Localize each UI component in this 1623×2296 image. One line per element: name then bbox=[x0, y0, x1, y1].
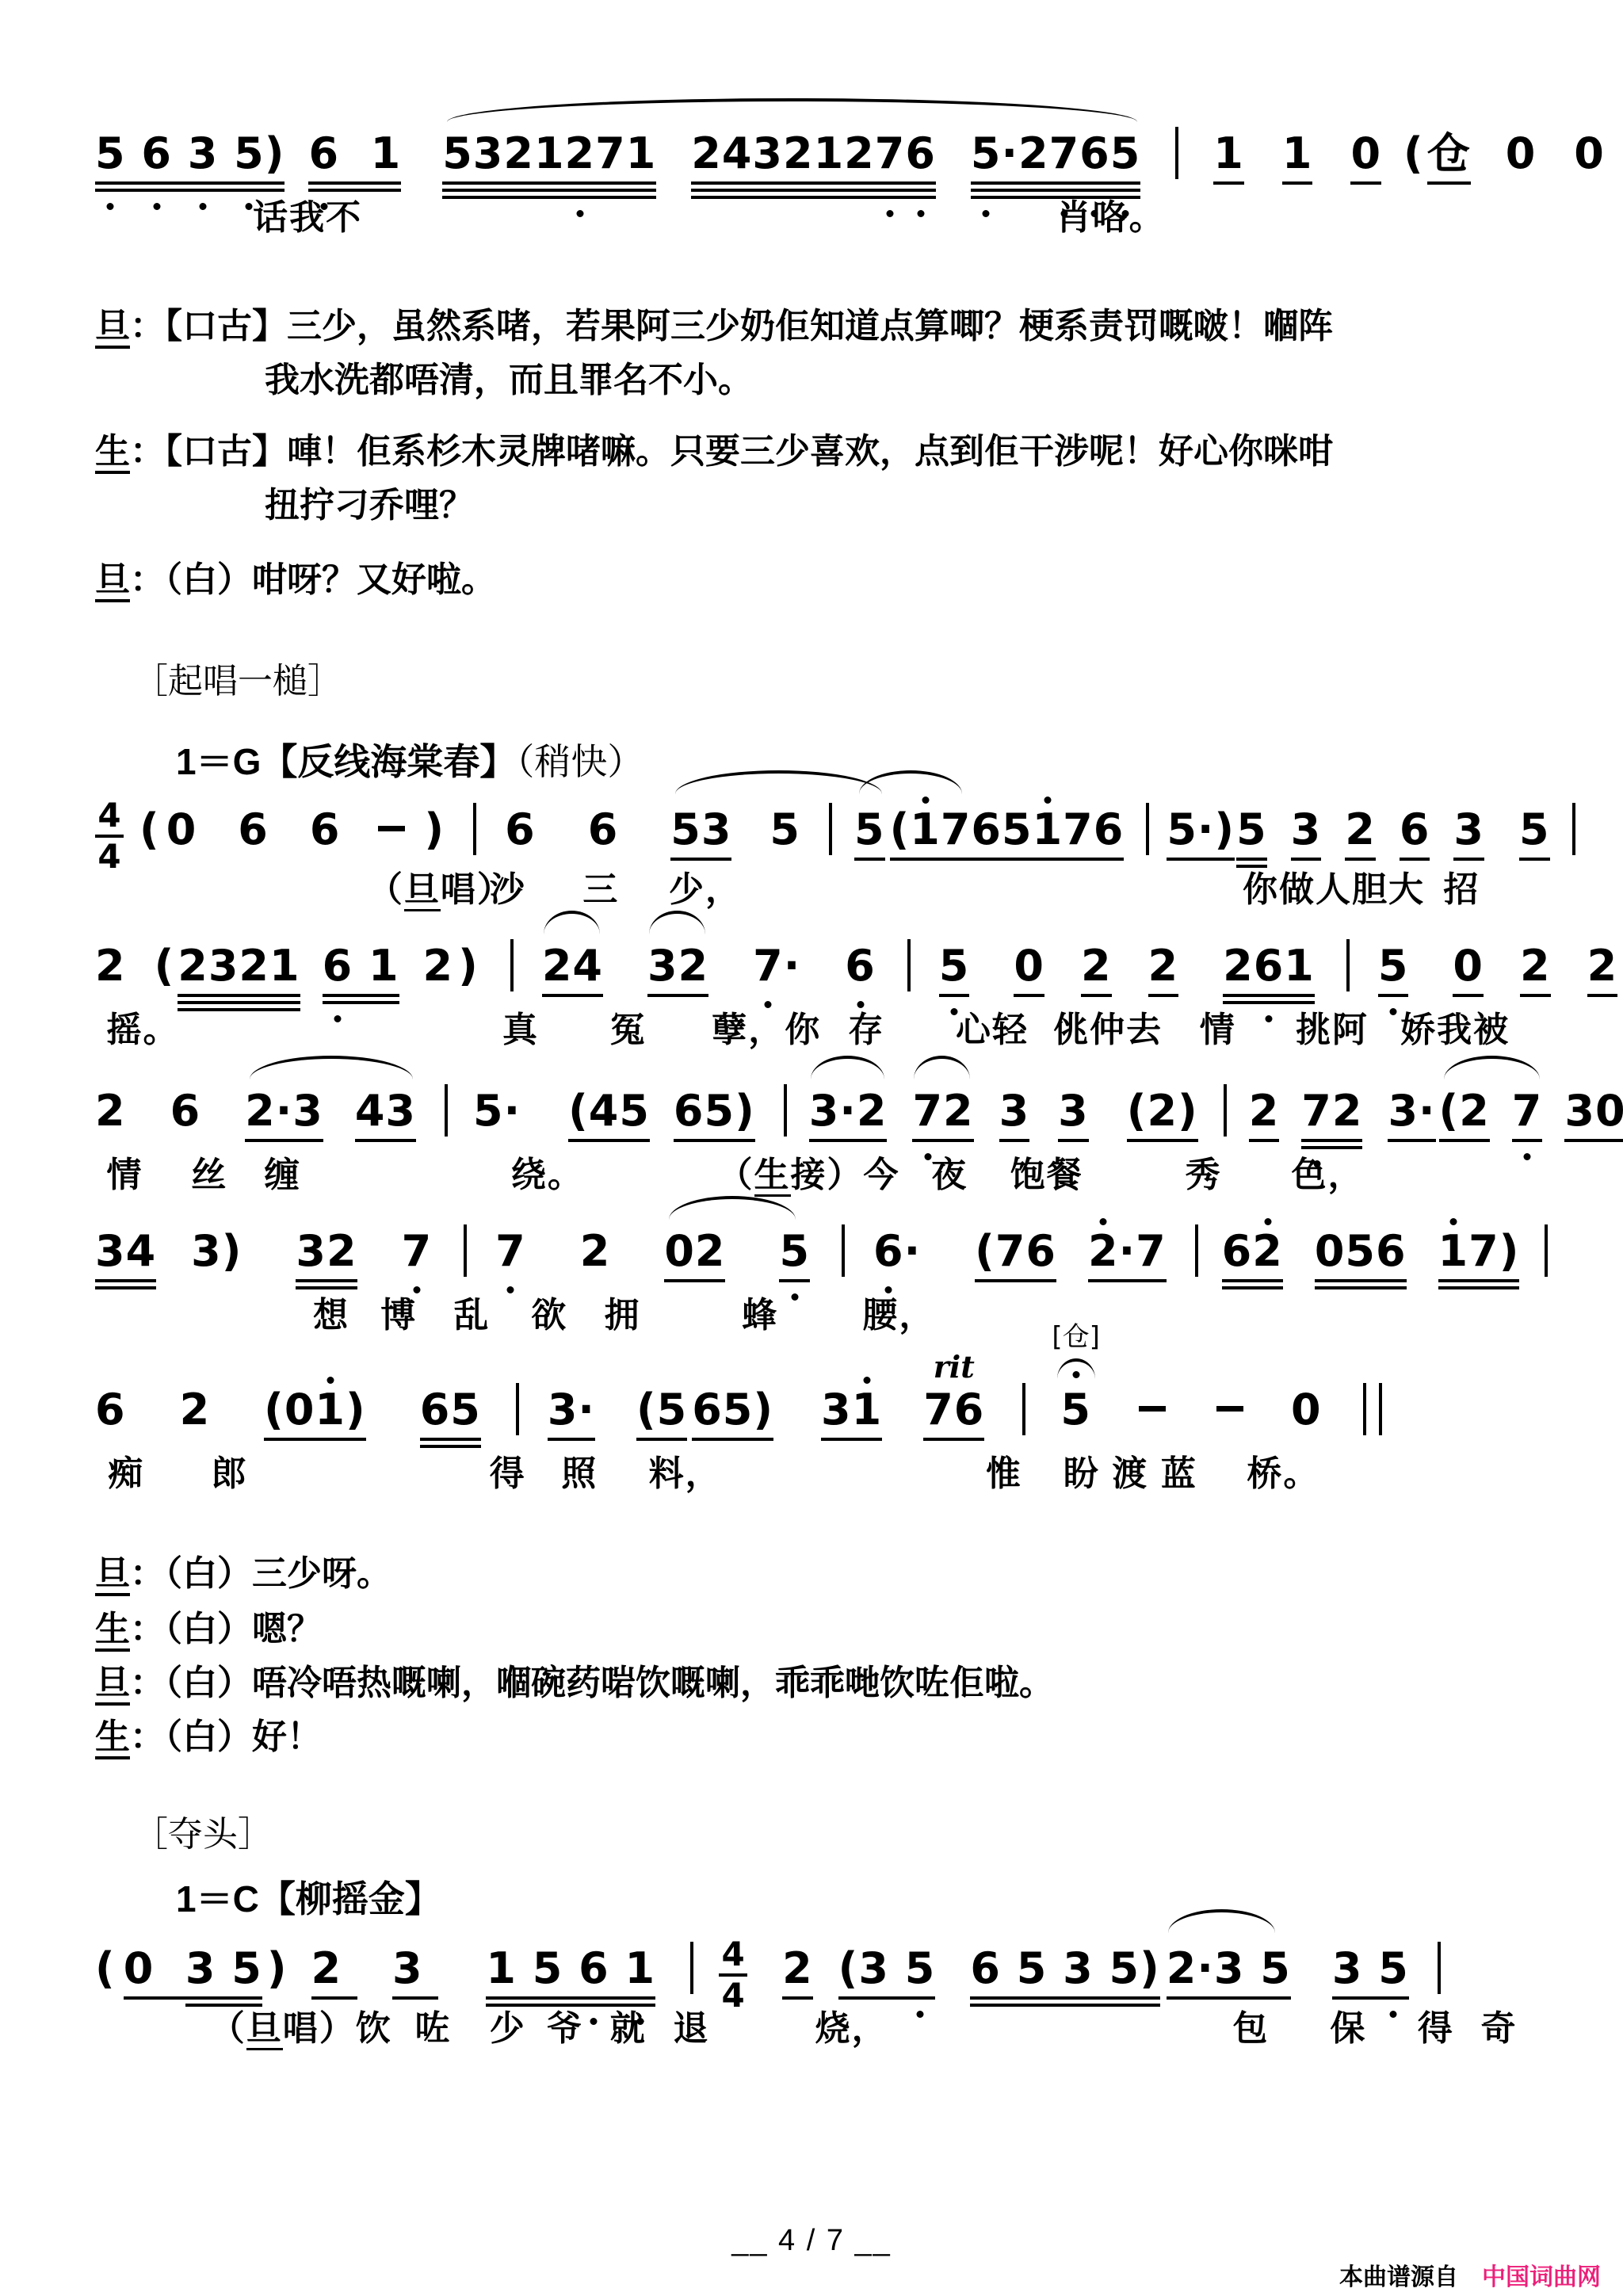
duration-underline bbox=[1438, 1279, 1520, 1282]
note-group: 0 bbox=[166, 808, 197, 851]
note-group: 65 bbox=[420, 1389, 481, 1431]
speaker-char: 生 bbox=[95, 432, 130, 474]
dialog-text: 咁呀？又好啦。 bbox=[252, 560, 496, 599]
note-group: 5·2765 bbox=[971, 132, 1140, 175]
note-group: 3 bbox=[1453, 808, 1484, 851]
lyric-text: 心轻 bbox=[956, 1001, 1029, 1052]
duration-underline bbox=[1512, 1139, 1543, 1142]
note-group: 6 bbox=[505, 808, 536, 851]
duration-underline bbox=[975, 1279, 1056, 1282]
lyric-text: 郎 bbox=[212, 1445, 248, 1496]
lyric-text: 拥 bbox=[605, 1286, 641, 1337]
duration-underline bbox=[1058, 1139, 1089, 1142]
note-group: 3 5 bbox=[185, 1947, 262, 1990]
note-group: 5·) bbox=[1167, 808, 1235, 851]
note-group: 62 bbox=[1222, 1230, 1283, 1273]
note-group: 2 bbox=[1587, 945, 1618, 988]
note-group: 2 bbox=[95, 945, 126, 988]
note-group: 5 bbox=[769, 808, 800, 851]
note-group: ) bbox=[458, 945, 479, 988]
lyric-text: 蜂 bbox=[742, 1286, 778, 1337]
lyric-text: 欲 bbox=[531, 1286, 567, 1337]
note-group: 2 bbox=[1345, 808, 1376, 851]
speaker-label: 生： bbox=[95, 1610, 165, 1652]
note-group: 5[仓] bbox=[1060, 1389, 1091, 1431]
slur bbox=[1168, 1909, 1275, 1933]
notes-row: 62(01)653·(565)3176rit5[仓]0 bbox=[95, 1383, 1529, 1429]
duration-underline bbox=[1081, 994, 1112, 997]
note-group: 76rit bbox=[923, 1389, 984, 1431]
note-group: 5 bbox=[1519, 808, 1550, 851]
dialog-text: 好！ bbox=[252, 1717, 322, 1756]
slur bbox=[859, 770, 962, 794]
duration-underline bbox=[1350, 181, 1381, 185]
section-mark-qichang-yichui: ［起唱一槌］ bbox=[133, 652, 342, 703]
delivery-tag: （白） bbox=[165, 1554, 252, 1593]
dialog-text: 嗯？ bbox=[252, 1610, 322, 1648]
barline bbox=[690, 1942, 693, 1994]
note-group: (5 bbox=[636, 1389, 687, 1431]
note-group: 2 bbox=[95, 1090, 126, 1133]
note-group: 5· bbox=[473, 1090, 521, 1133]
speaker-char: 生 bbox=[95, 1717, 130, 1759]
note-group: 7 bbox=[1512, 1090, 1543, 1133]
note-group: 3·2 bbox=[809, 1090, 888, 1133]
octave-dot-high bbox=[922, 797, 929, 804]
duration-underline bbox=[912, 1139, 973, 1142]
lyric-text: 招 bbox=[1443, 861, 1480, 911]
note-group: 3 bbox=[1058, 1090, 1089, 1133]
note-group: 6 bbox=[310, 808, 341, 851]
duration-underline bbox=[1520, 994, 1551, 997]
duration-underline bbox=[323, 994, 399, 997]
note-group: 2 bbox=[311, 1947, 357, 1990]
notes-row: (0 3 5)2 3 1 5 6 1442(3 56 5 3 5)2·3 53 … bbox=[95, 1938, 1529, 1984]
note-group: ( bbox=[1403, 132, 1424, 175]
note-group bbox=[1136, 1389, 1169, 1431]
slur bbox=[811, 1056, 884, 1079]
octave-dot-high bbox=[1449, 1218, 1457, 1225]
watermark-prefix: 本曲谱源自 bbox=[1339, 2264, 1458, 2290]
barline bbox=[464, 1224, 467, 1277]
duration-underline bbox=[1453, 994, 1484, 997]
note-group: 31 bbox=[821, 1389, 882, 1431]
speaker-label: 生： bbox=[95, 1717, 165, 1759]
octave-dot-high bbox=[1100, 1218, 1107, 1225]
duration-underline bbox=[1587, 994, 1618, 997]
final-barline bbox=[1363, 1383, 1382, 1435]
rit-marking: rit bbox=[934, 1352, 975, 1382]
note-group: (45 bbox=[568, 1090, 650, 1133]
section-mark-duotou: ［夺头］ bbox=[133, 1805, 273, 1856]
note-group: 0 bbox=[124, 1947, 185, 1990]
duration-underline bbox=[95, 181, 285, 185]
duration-underline bbox=[674, 1139, 755, 1142]
tune-name: 【柳摇金】 bbox=[259, 1878, 441, 1920]
note-group: ( bbox=[139, 808, 160, 851]
dialog-sheng-bai-2: 生：（白）嗯？ bbox=[95, 1603, 1529, 1656]
duration-underline bbox=[692, 1438, 773, 1441]
duration-underline bbox=[636, 1438, 687, 1441]
slur bbox=[250, 1056, 413, 1079]
lyric-text: 蓝 bbox=[1161, 1445, 1197, 1496]
duration-underline bbox=[1282, 181, 1313, 185]
delivery-tag: 【口古】 bbox=[165, 307, 287, 346]
tempo-marking: （稍快） bbox=[516, 741, 643, 782]
speaker-char: 旦 bbox=[95, 560, 130, 602]
duration-underline bbox=[821, 1438, 882, 1441]
octave-dot-high bbox=[1044, 797, 1051, 804]
lyric-text: 肖咯。 bbox=[1056, 189, 1166, 239]
note-group: ( bbox=[155, 945, 175, 988]
note-group: 2 bbox=[782, 1947, 813, 1990]
slur bbox=[675, 770, 882, 794]
duration-underline bbox=[1315, 1279, 1407, 1282]
key-value: 1＝C bbox=[176, 1878, 259, 1920]
note-group: 34 bbox=[95, 1230, 156, 1273]
note-group: 0 bbox=[1350, 132, 1381, 175]
slur bbox=[1444, 1056, 1540, 1079]
note-group: 3· bbox=[548, 1389, 595, 1431]
note-group: 6 bbox=[170, 1090, 201, 1133]
lyric-text: 乱 bbox=[454, 1286, 491, 1337]
note-group: 2 bbox=[180, 1389, 211, 1431]
note-group: 6 bbox=[95, 1389, 126, 1431]
note-group: 3· bbox=[1388, 1090, 1435, 1133]
slur bbox=[649, 911, 705, 934]
music-line-continuation: 5 6 3 5)6 15321271243212765·2765110(仓000… bbox=[95, 127, 1529, 230]
barline bbox=[1545, 1224, 1548, 1277]
barline bbox=[1195, 1224, 1198, 1277]
lyric-text: 话我不 bbox=[253, 189, 362, 239]
dialog-text: 唓！佢系杉木灵牌啫嘛。只要三少喜欢，点到佢干涉呢！好心你咪咁 扭拧刁乔哩？ bbox=[265, 432, 1333, 525]
lyric-text: 冤 bbox=[610, 1001, 647, 1052]
lyric-text: 饱餐 bbox=[1010, 1146, 1083, 1197]
note-group: 1 bbox=[1213, 132, 1244, 175]
note-group: 7 bbox=[402, 1230, 433, 1273]
note-group: 7· bbox=[753, 945, 800, 988]
note-group: 72 bbox=[1301, 1090, 1362, 1133]
note-group: 43 bbox=[355, 1090, 416, 1133]
note-group: 6· bbox=[873, 1230, 921, 1273]
note-group: 2·7 bbox=[1088, 1230, 1167, 1273]
barline bbox=[784, 1084, 787, 1137]
lyric-text: 退 bbox=[673, 2000, 709, 2050]
duration-underline bbox=[245, 1139, 323, 1142]
page-number: __ 4 / 7 __ bbox=[0, 2224, 1623, 2258]
duration-underline bbox=[779, 1279, 810, 1282]
speaker-label: 旦： bbox=[95, 1664, 165, 1706]
note-group bbox=[1213, 1389, 1247, 1431]
duration-dash bbox=[1139, 1406, 1166, 1412]
note-group: 302 bbox=[1564, 1090, 1623, 1133]
duration-underline bbox=[442, 181, 656, 185]
note-group: 2 bbox=[423, 945, 454, 988]
note-group: 0 bbox=[1453, 945, 1484, 988]
notes-row: 262·3435·(4565)3·27233(2)2723·(27302 bbox=[95, 1084, 1529, 1130]
dialog-text: 唔冷唔热嘅喇，嗰碗药啱饮嘅喇，乖乖哋饮咗佢啦。 bbox=[252, 1664, 1054, 1702]
duration-dash bbox=[1216, 1406, 1243, 1412]
delivery-tag: （白） bbox=[165, 1717, 252, 1756]
note-group: 5 bbox=[779, 1230, 810, 1273]
note-group: 5 bbox=[1236, 808, 1267, 851]
duration-underline bbox=[1223, 994, 1315, 997]
music-line-5: 62(01)653·(565)3176rit5[仓]0痴郎得照料，惟盼渡蓝桥。 bbox=[95, 1383, 1529, 1486]
music-line-2: 2(23216 12)24327·650222615022253摇。真冤孽，你存… bbox=[95, 939, 1529, 1042]
duration-underline bbox=[178, 994, 300, 997]
lyric-text: 腰， bbox=[862, 1286, 935, 1337]
watermark-brand: 中国词曲网 bbox=[1482, 2264, 1601, 2290]
lyric-text: 博 bbox=[380, 1286, 417, 1337]
note-group: 72 bbox=[912, 1090, 973, 1133]
lyric-text: 真 bbox=[502, 1001, 539, 1052]
lyric-text: 得 bbox=[1418, 2000, 1454, 2050]
duration-underline bbox=[1564, 1139, 1623, 1142]
lyric-text: 摇。 bbox=[106, 1001, 179, 1052]
speaker-char: 旦 bbox=[95, 307, 130, 349]
duration-underline bbox=[999, 1139, 1030, 1142]
lyrics-row: 摇。真冤孽，你存心轻佻仲去情挑阿娇我被 bbox=[95, 1001, 1529, 1042]
octave-dot-high bbox=[1264, 1218, 1271, 1225]
duration-underline bbox=[809, 1139, 888, 1142]
note-group: 6 1 bbox=[308, 132, 401, 175]
music-line-4: 343)327720256·(762·76205617)想博乱欲拥蜂腰， bbox=[95, 1224, 1529, 1328]
note-group: 2·3 5 bbox=[1167, 1947, 1291, 1990]
note-group: 2 bbox=[1249, 1090, 1280, 1133]
lyric-text: （生接）今 bbox=[718, 1146, 900, 1197]
lyric-text: 盼 bbox=[1064, 1445, 1100, 1496]
speaker-char: 旦 bbox=[95, 1664, 130, 1706]
barline bbox=[1224, 1084, 1227, 1137]
note-group: 5 bbox=[854, 808, 885, 851]
duration-underline bbox=[296, 1279, 357, 1282]
duration-underline bbox=[647, 994, 708, 997]
note-group: ) bbox=[424, 808, 445, 851]
duration-underline bbox=[308, 181, 401, 185]
fermata-dot bbox=[1072, 1371, 1079, 1378]
lyrics-row: 话我不肖咯。 bbox=[95, 189, 1529, 230]
note-group: 32 bbox=[296, 1230, 357, 1273]
lyric-text: 少 bbox=[490, 2000, 526, 2050]
duration-underline bbox=[1378, 994, 1409, 997]
note-group: 5321271 bbox=[442, 132, 656, 175]
note-group: (01) bbox=[264, 1389, 366, 1431]
note-group: 7 bbox=[495, 1230, 526, 1273]
octave-dot-high bbox=[327, 1377, 334, 1384]
note-group: 1 5 6 1 bbox=[486, 1947, 655, 1990]
note-group: 5 bbox=[1378, 945, 1409, 988]
notes-row: 5 6 3 5)6 15321271243212765·2765110(仓000… bbox=[95, 127, 1529, 173]
dialog-sheng-bai-3: 生：（白）好！ bbox=[95, 1710, 1529, 1764]
note-group: 0 bbox=[1506, 132, 1537, 175]
lyric-text: 包 bbox=[1232, 2000, 1269, 2050]
lyric-text: 你做人胆大 bbox=[1243, 861, 1425, 911]
note-group: 6 1 bbox=[323, 945, 399, 988]
duration-underline bbox=[691, 181, 936, 185]
note-group bbox=[375, 808, 408, 851]
duration-dash bbox=[378, 826, 405, 831]
lyric-text: 爷 bbox=[547, 2000, 583, 2050]
note-group: 2 bbox=[1081, 945, 1112, 988]
note-group: 02 bbox=[664, 1230, 725, 1273]
note-group: 2·3 bbox=[245, 1090, 323, 1133]
lyric-text: 保 bbox=[1330, 2000, 1366, 2050]
duration-underline bbox=[1213, 181, 1244, 185]
barline bbox=[1175, 127, 1178, 179]
note-group: 3 5 bbox=[1332, 1947, 1409, 1990]
duration-underline bbox=[923, 1438, 984, 1441]
lyric-text: 少， bbox=[669, 861, 742, 911]
barline bbox=[907, 939, 911, 991]
duration-underline bbox=[355, 1139, 416, 1142]
delivery-tag: （白） bbox=[165, 1610, 252, 1648]
duration-underline bbox=[264, 1438, 366, 1441]
duration-underline bbox=[939, 994, 970, 997]
lyric-text: 渡 bbox=[1112, 1445, 1148, 1496]
duration-underline bbox=[1439, 1139, 1490, 1142]
duration-underline bbox=[1148, 994, 1179, 997]
note-group: ( bbox=[95, 1947, 116, 1990]
music-line-3: 262·3435·(4565)3·27233(2)2723·(27302情丝缠绕… bbox=[95, 1084, 1529, 1187]
duration-underline bbox=[542, 994, 603, 997]
note-group: (2 bbox=[1439, 1090, 1490, 1133]
duration-underline bbox=[1127, 1139, 1198, 1142]
lyric-text: （旦唱）饮 bbox=[210, 2000, 392, 2050]
lyric-text: 佻仲去 bbox=[1053, 1001, 1163, 1052]
note-group: 3) bbox=[191, 1230, 242, 1273]
duration-underline bbox=[971, 181, 1140, 185]
dialog-sheng-kougu: 生：【口古】唓！佢系杉木灵牌啫嘛。只要三少喜欢，点到佢干涉呢！好心你咪咁 扭拧刁… bbox=[95, 425, 1529, 533]
delivery-tag: （白） bbox=[165, 560, 252, 599]
note-group: ) bbox=[267, 1947, 288, 1990]
lyric-text: 桥。 bbox=[1247, 1445, 1319, 1496]
note-group: 24 bbox=[542, 945, 603, 988]
lyrics-row: 痴郎得照料，惟盼渡蓝桥。 bbox=[95, 1445, 1529, 1486]
note-group: 5 bbox=[939, 945, 970, 988]
note-group: 6 5 3 5) bbox=[970, 1947, 1159, 1990]
lyric-text: 情 bbox=[106, 1146, 143, 1197]
note-group: 3 bbox=[1291, 808, 1322, 851]
lyrics-row: （旦唱）沙三少，你做人胆大招 bbox=[95, 861, 1529, 902]
note-group: (2) bbox=[1127, 1090, 1198, 1133]
lyric-text: 娇我被 bbox=[1400, 1001, 1510, 1052]
lyrics-row: 情丝缠绕。（生接）今夜饱餐秀色， bbox=[95, 1146, 1529, 1187]
lyric-text: 照 bbox=[561, 1445, 598, 1496]
notes-row: 2(23216 12)24327·650222615022253 bbox=[95, 939, 1529, 985]
note-group: 0 bbox=[1014, 945, 1044, 988]
duration-underline bbox=[420, 1438, 481, 1441]
tune-name: 【反线海棠春】 bbox=[261, 741, 516, 782]
lyric-text: 夜 bbox=[931, 1146, 968, 1197]
note-group: 6 bbox=[238, 808, 269, 851]
speaker-label: 旦： bbox=[95, 1554, 165, 1596]
note-group: 6 bbox=[1400, 808, 1430, 851]
lyric-text: 孽，你 bbox=[712, 1001, 821, 1052]
speaker-char: 生 bbox=[95, 1610, 130, 1652]
note-group: 0 bbox=[1291, 1389, 1322, 1431]
note-group: 261 bbox=[1223, 945, 1315, 988]
duration-underline bbox=[1301, 1139, 1362, 1142]
dialog-dan-kougu: 旦：【口古】三少，虽然系啫，若果阿三少奶佢知道点算唧？梗系责罚嘅啵！嗰阵 我水洗… bbox=[95, 300, 1529, 407]
lyric-text: 色， bbox=[1292, 1146, 1365, 1197]
lyric-text: 秀 bbox=[1186, 1146, 1222, 1197]
lyric-text: 奇 bbox=[1480, 2000, 1517, 2050]
barline bbox=[473, 803, 476, 855]
duration-underline bbox=[1014, 994, 1044, 997]
note-group: 056 bbox=[1315, 1230, 1407, 1273]
note-group: (3 5 bbox=[838, 1947, 936, 1990]
duration-underline bbox=[95, 1279, 156, 1282]
duration-underline bbox=[664, 1279, 725, 1282]
note-group: (1765176 bbox=[890, 808, 1125, 851]
note-group: 2 bbox=[1148, 945, 1179, 988]
delivery-tag: （白） bbox=[165, 1664, 252, 1702]
notes-row: 343)327720256·(762·76205617) bbox=[95, 1224, 1529, 1270]
speaker-label: 旦： bbox=[95, 560, 165, 602]
note-group: 6 bbox=[588, 808, 619, 851]
note-group: 6 bbox=[845, 945, 876, 988]
lyrics-row: （旦唱）饮咗少爷就退烧，包保得奇 bbox=[95, 2000, 1529, 2041]
lyric-text: 丝 bbox=[191, 1146, 227, 1197]
key-signature-line-2: 1＝C【柳摇金】 bbox=[176, 1870, 441, 1923]
speaker-label: 生： bbox=[95, 432, 165, 474]
lyric-text: 痴 bbox=[108, 1445, 144, 1496]
note-group: 2 bbox=[580, 1230, 611, 1273]
lyric-text: 绕。 bbox=[511, 1146, 584, 1197]
note-group: 65) bbox=[692, 1389, 773, 1431]
key-signature-line-1: 1＝G【反线海棠春】（稍快） bbox=[176, 733, 643, 785]
dialog-text: 三少，虽然系啫，若果阿三少奶佢知道点算唧？梗系责罚嘅啵！嗰阵 我水洗都唔清，而且… bbox=[265, 307, 1333, 399]
note-group: 1 bbox=[1282, 132, 1313, 175]
watermark: 本曲谱源自中国词曲网 bbox=[1339, 2257, 1601, 2292]
percussion-label: [仓] bbox=[1052, 1324, 1100, 1350]
lyric-text: 料， bbox=[649, 1445, 722, 1496]
note-group: 32 bbox=[647, 945, 708, 988]
speaker-char: 旦 bbox=[95, 1554, 130, 1596]
lyric-text: 三 bbox=[582, 861, 619, 911]
lyric-text: 惟 bbox=[986, 1445, 1022, 1496]
speaker-label: 旦： bbox=[95, 307, 165, 349]
barline bbox=[842, 1224, 845, 1277]
lyrics-row: 想博乱欲拥蜂腰， bbox=[95, 1286, 1529, 1328]
music-line-1: 44(066)665355(17651765·)532635（旦唱）沙三少，你做… bbox=[95, 799, 1529, 902]
note-group: 5 6 3 5) bbox=[95, 132, 285, 175]
barline bbox=[510, 939, 514, 991]
note-group: 3 bbox=[999, 1090, 1030, 1133]
slur bbox=[447, 98, 1137, 122]
dialog-dan-bai-2: 旦：（白）三少呀。 bbox=[95, 1547, 1529, 1601]
duration-underline bbox=[568, 1139, 650, 1142]
barline bbox=[1572, 803, 1575, 855]
dialog-dan-bai: 旦：（白）咁呀？又好啦。 bbox=[95, 553, 1529, 607]
note-group: 2321 bbox=[178, 945, 300, 988]
note-group: 0 bbox=[1574, 132, 1605, 175]
duration-underline bbox=[1088, 1279, 1167, 1282]
barline bbox=[516, 1383, 519, 1435]
lyric-text: 缠 bbox=[265, 1146, 301, 1197]
note-group: (76 bbox=[975, 1230, 1056, 1273]
lyric-text: 就 bbox=[610, 2000, 647, 2050]
barline bbox=[1346, 939, 1350, 991]
lyric-text: 烧， bbox=[815, 2000, 888, 2050]
note-group: 17) bbox=[1438, 1230, 1520, 1273]
note-group: 65) bbox=[674, 1090, 755, 1133]
lyric-text: 情 bbox=[1200, 1001, 1236, 1052]
lyric-text: 存 bbox=[848, 1001, 884, 1052]
barline bbox=[1438, 1942, 1441, 1994]
lyric-text: 沙 bbox=[490, 861, 526, 911]
slur bbox=[544, 911, 600, 934]
